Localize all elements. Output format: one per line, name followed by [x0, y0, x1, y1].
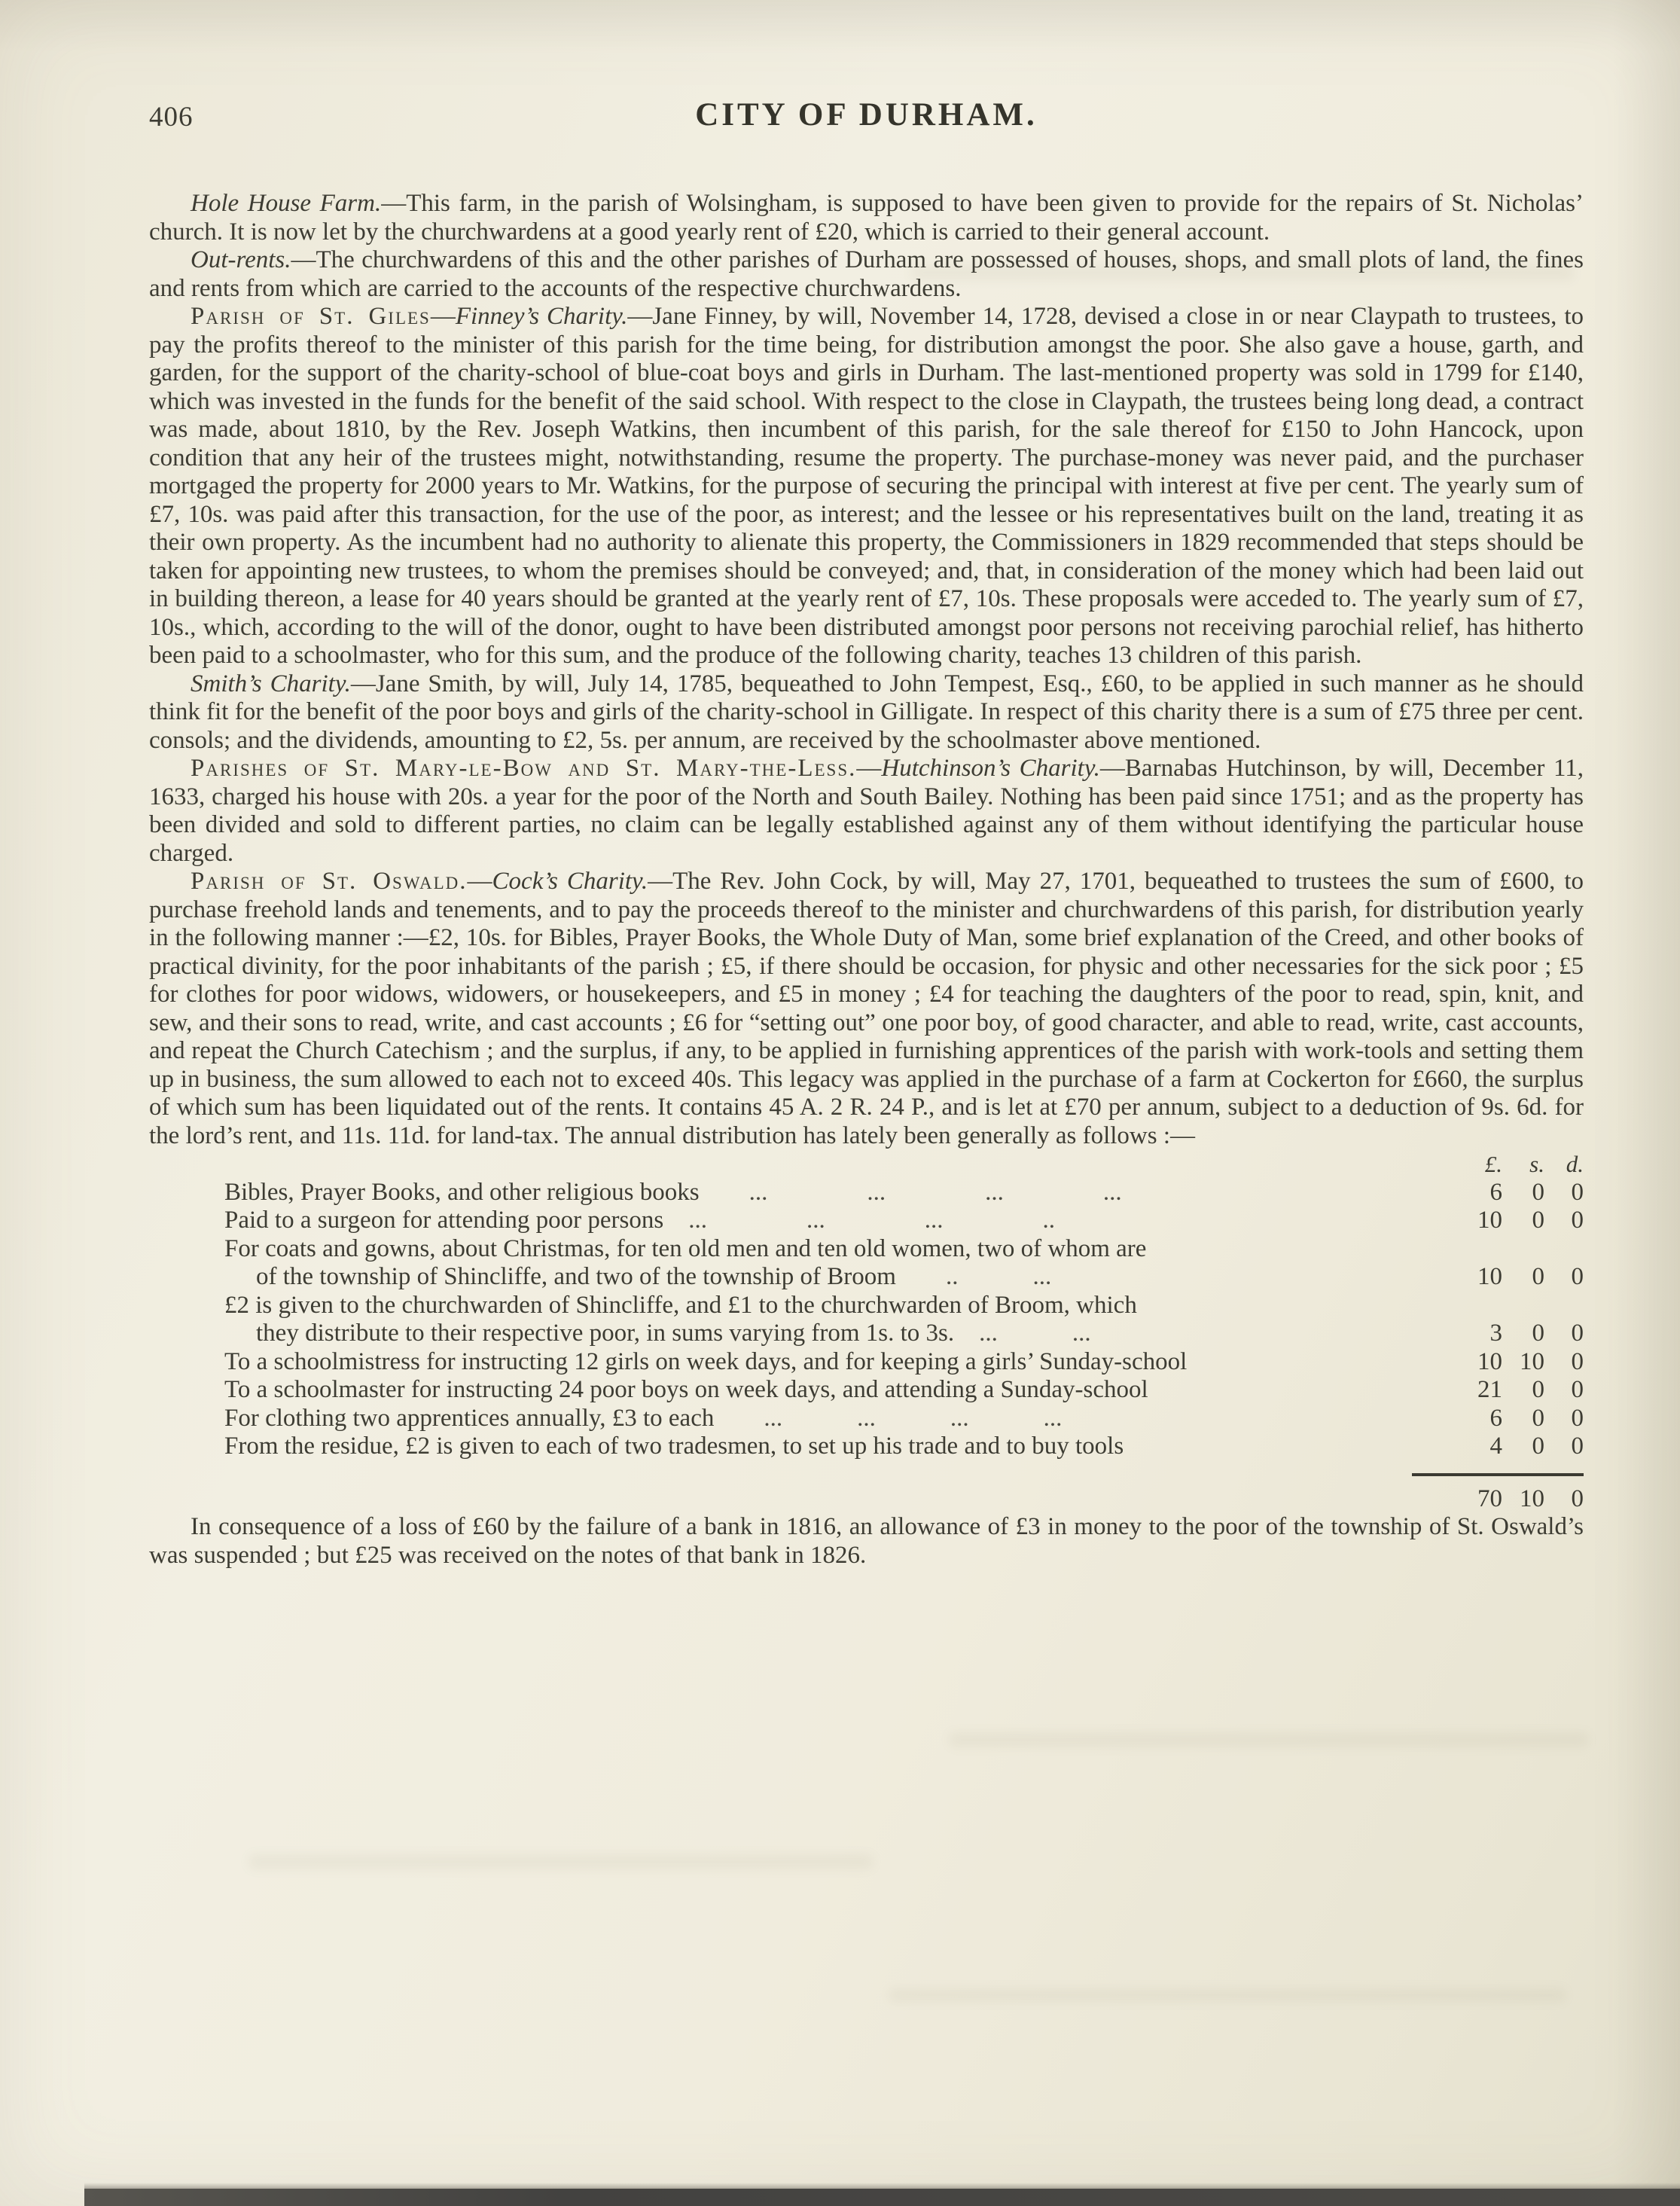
- scan-bottom-shadow: [84, 2183, 1680, 2189]
- amount-pence: 0: [1544, 1320, 1584, 1348]
- charity-name: Cock’s Charity.: [492, 868, 648, 895]
- amount-pence: 0: [1544, 1405, 1584, 1433]
- amount-pounds: 10: [1454, 1348, 1502, 1377]
- row-label: of the township of Shincliffe, and two o…: [256, 1263, 896, 1292]
- amount-shillings: 0: [1502, 1263, 1544, 1292]
- bleedthrough-artifact: [949, 1732, 1589, 1747]
- column-header-pounds: £.: [1454, 1150, 1502, 1179]
- annual-distribution-table: £. s. d. Bibles, Prayer Books, and other…: [224, 1150, 1584, 1513]
- parish-heading: Parishes of St. Mary-le-Bow and St. Mary…: [191, 755, 856, 782]
- amount-pounds: 6: [1454, 1179, 1502, 1207]
- row-label: Bibles, Prayer Books, and other religiou…: [224, 1179, 700, 1207]
- parish-heading: Parish of St. Giles: [191, 303, 431, 330]
- page-body: Hole House Farm.—This farm, in the paris…: [149, 190, 1584, 1570]
- column-header-pence: d.: [1544, 1150, 1584, 1179]
- dot-leader: .. ...: [896, 1263, 1454, 1292]
- paragraph-st-giles-finneys-charity: Parish of St. Giles—Finney’s Charity.—Ja…: [149, 303, 1584, 670]
- dot-leader: ... ...: [954, 1320, 1454, 1348]
- amount-pounds: 10: [1454, 1207, 1502, 1235]
- total-pence: 0: [1544, 1485, 1584, 1514]
- dot-leader: ... ... ... ...: [700, 1179, 1454, 1207]
- amount-pence: 0: [1544, 1348, 1584, 1377]
- amount-pounds: 4: [1454, 1433, 1502, 1461]
- dash: —: [468, 868, 492, 895]
- paragraph-lead: Hole House Farm.: [191, 190, 381, 217]
- amount-shillings: 0: [1502, 1320, 1544, 1348]
- row-label: £2 is given to the churchwarden of Shinc…: [224, 1292, 1137, 1320]
- table-row: Bibles, Prayer Books, and other religiou…: [224, 1179, 1584, 1207]
- table-row-continuation: of the township of Shincliffe, and two o…: [224, 1263, 1584, 1292]
- paragraph-smiths-charity: Smith’s Charity.—Jane Smith, by will, Ju…: [149, 670, 1584, 755]
- amount-shillings: 0: [1502, 1207, 1544, 1235]
- table-total-row: 70 10 0: [224, 1485, 1584, 1514]
- amount-pence: 0: [1544, 1263, 1584, 1292]
- paragraph-lead: Out-rents.: [191, 246, 291, 273]
- row-label: they distribute to their respective poor…: [256, 1320, 954, 1348]
- charity-name: Hutchinson’s Charity.: [881, 755, 1100, 782]
- page-title: CITY OF DURHAM.: [149, 96, 1584, 133]
- paragraph-text: —Jane Smith, by will, July 14, 1785, beq…: [149, 670, 1584, 754]
- scan-edge-shadow: [1612, 0, 1680, 2206]
- amount-shillings: 10: [1502, 1348, 1544, 1377]
- row-label: From the residue, £2 is given to each of…: [224, 1433, 1124, 1461]
- column-header-shillings: s.: [1502, 1150, 1544, 1179]
- running-head: 406 CITY OF DURHAM.: [149, 96, 1584, 134]
- amount-pounds: 10: [1454, 1263, 1502, 1292]
- paragraph-st-oswald-cocks-charity: Parish of St. Oswald.—Cock’s Charity.—Th…: [149, 868, 1584, 1150]
- scanned-book-page: 406 CITY OF DURHAM. Hole House Farm.—Thi…: [0, 0, 1680, 2206]
- scan-bottom-edge: [84, 2189, 1680, 2206]
- table-row: From the residue, £2 is given to each of…: [224, 1433, 1584, 1461]
- parish-heading: Parish of St. Oswald.: [191, 868, 468, 895]
- paragraph-bank-failure-note: In consequence of a loss of £60 by the f…: [149, 1513, 1584, 1570]
- dot-leader: ... ... ... ..: [663, 1207, 1454, 1235]
- amount-shillings: 0: [1502, 1433, 1544, 1461]
- amount-pounds: 21: [1454, 1376, 1502, 1405]
- row-label: Paid to a surgeon for attending poor per…: [224, 1207, 663, 1235]
- amount-pounds: 3: [1454, 1320, 1502, 1348]
- row-label: To a schoolmistress for instructing 12 g…: [224, 1348, 1187, 1377]
- table-row: Paid to a surgeon for attending poor per…: [224, 1207, 1584, 1235]
- amount-pence: 0: [1544, 1376, 1584, 1405]
- amount-pence: 0: [1544, 1207, 1584, 1235]
- paragraph-st-mary-hutchinsons-charity: Parishes of St. Mary-le-Bow and St. Mary…: [149, 755, 1584, 868]
- total-shillings: 10: [1502, 1485, 1544, 1514]
- paragraph-text: —The churchwardens of this and the other…: [149, 246, 1584, 302]
- amount-pence: 0: [1544, 1433, 1584, 1461]
- paragraph-hole-house-farm: Hole House Farm.—This farm, in the paris…: [149, 190, 1584, 246]
- dash: —: [431, 303, 456, 330]
- table-row: To a schoolmaster for instructing 24 poo…: [224, 1376, 1584, 1405]
- amount-shillings: 0: [1502, 1376, 1544, 1405]
- table-header-row: £. s. d.: [224, 1150, 1584, 1179]
- row-label: For coats and gowns, about Christmas, fo…: [224, 1235, 1146, 1264]
- dot-leader: ... ... ... ...: [714, 1405, 1454, 1433]
- paragraph-text: —Jane Finney, by will, November 14, 1728…: [149, 303, 1584, 669]
- paragraph-text: —The Rev. John Cock, by will, May 27, 17…: [149, 868, 1584, 1149]
- amount-shillings: 0: [1502, 1179, 1544, 1207]
- table-row-continuation: they distribute to their respective poor…: [224, 1320, 1584, 1348]
- table-row: £2 is given to the churchwarden of Shinc…: [224, 1292, 1584, 1320]
- table-row: For coats and gowns, about Christmas, fo…: [224, 1235, 1584, 1264]
- amount-pounds: 6: [1454, 1405, 1502, 1433]
- amount-shillings: 0: [1502, 1405, 1544, 1433]
- row-label: For clothing two apprentices annually, £…: [224, 1405, 714, 1433]
- paragraph-text: In consequence of a loss of £60 by the f…: [149, 1513, 1584, 1569]
- dash: —: [856, 755, 881, 782]
- table-row: To a schoolmistress for instructing 12 g…: [224, 1348, 1584, 1377]
- bleedthrough-artifact: [889, 1988, 1566, 2002]
- amount-pence: 0: [1544, 1179, 1584, 1207]
- total-rule: [1412, 1473, 1584, 1476]
- bleedthrough-artifact: [248, 1854, 874, 1869]
- scan-top-shadow: [0, 0, 1680, 53]
- charity-name: Finney’s Charity.: [456, 303, 627, 330]
- charity-name: Smith’s Charity.: [191, 670, 351, 697]
- paragraph-out-rents: Out-rents.—The churchwardens of this and…: [149, 246, 1584, 303]
- total-pounds: 70: [1454, 1485, 1502, 1514]
- row-label: To a schoolmaster for instructing 24 poo…: [224, 1376, 1148, 1405]
- table-row: For clothing two apprentices annually, £…: [224, 1405, 1584, 1433]
